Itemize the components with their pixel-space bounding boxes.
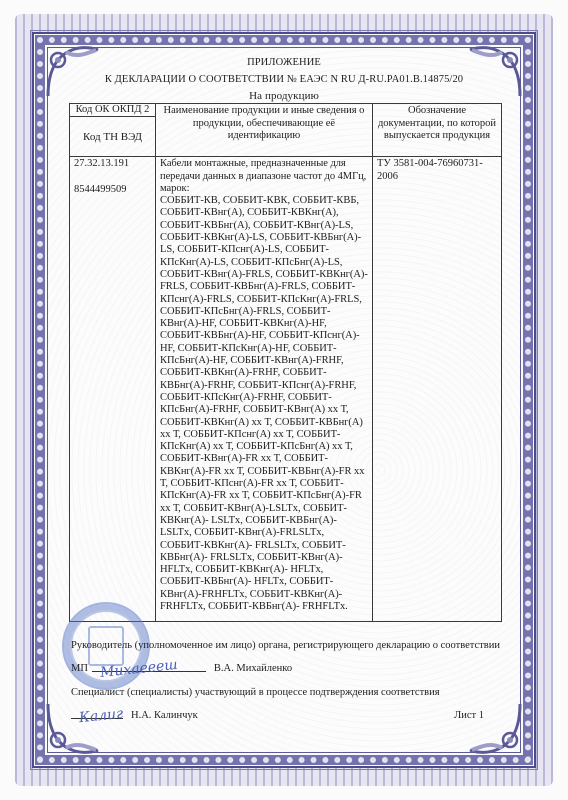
signature-line: Калиг <box>71 718 123 719</box>
product-brands: СОББИТ-КВ, СОББИТ-КВК, СОББИТ-КВБ, СОББИ… <box>160 195 368 613</box>
specialist-label: Специалист (специалисты) участвующий в п… <box>71 687 440 698</box>
header-product-name: Наименование продукции и иные сведения о… <box>156 104 373 157</box>
corner-scroll-icon <box>466 698 526 758</box>
codes-cell: 27.32.13.191 8544499509 <box>70 157 156 622</box>
header-tnved: Код ТН ВЭД <box>70 117 156 157</box>
certificate-page: ПРИЛОЖЕНИЕ К ДЕКЛАРАЦИИ О СООТВЕТСТВИИ №… <box>0 0 568 800</box>
mp-label: МП <box>71 663 88 674</box>
okpd-code: 27.32.13.191 <box>74 158 151 170</box>
table-header-row: Код ОК ОКПД 2 Наименование продукции и и… <box>70 104 502 117</box>
sheet-number: Лист 1 <box>454 710 484 721</box>
product-cell: Кабели монтажные, предназначенные для пе… <box>156 157 373 622</box>
head-label: Руководитель (уполномоченное им лицо) ор… <box>71 640 511 651</box>
page-title: ПРИЛОЖЕНИЕ <box>0 57 568 68</box>
specialist-name: Н.А. Калинчук <box>131 710 198 721</box>
document-cell: ТУ 3581-004-76960731-2006 <box>373 157 502 622</box>
product-table: Код ОК ОКПД 2 Наименование продукции и и… <box>69 103 502 622</box>
signature-line: Михаеееш <box>92 671 206 672</box>
corner-scroll-icon <box>42 698 102 758</box>
for-product-label: На продукцию <box>0 90 568 102</box>
head-signature-line: МПМихаееешВ.А. Михайленко <box>71 663 292 674</box>
document-designation: ТУ 3581-004-76960731-2006 <box>377 158 497 183</box>
header-okpd: Код ОК ОКПД 2 <box>70 104 156 117</box>
head-name: В.А. Михайленко <box>214 663 292 674</box>
specialist-signature-line: КалигН.А. Калинчук <box>71 710 198 721</box>
header-documentation: Обозначение документации, по которой вып… <box>373 104 502 157</box>
table-row: 27.32.13.191 8544499509 Кабели монтажные… <box>70 157 502 622</box>
declaration-number: К ДЕКЛАРАЦИИ О СООТВЕТСТВИИ № ЕАЭС N RU … <box>0 74 568 85</box>
product-description: Кабели монтажные, предназначенные для пе… <box>160 158 368 195</box>
tnved-code: 8544499509 <box>74 184 151 196</box>
